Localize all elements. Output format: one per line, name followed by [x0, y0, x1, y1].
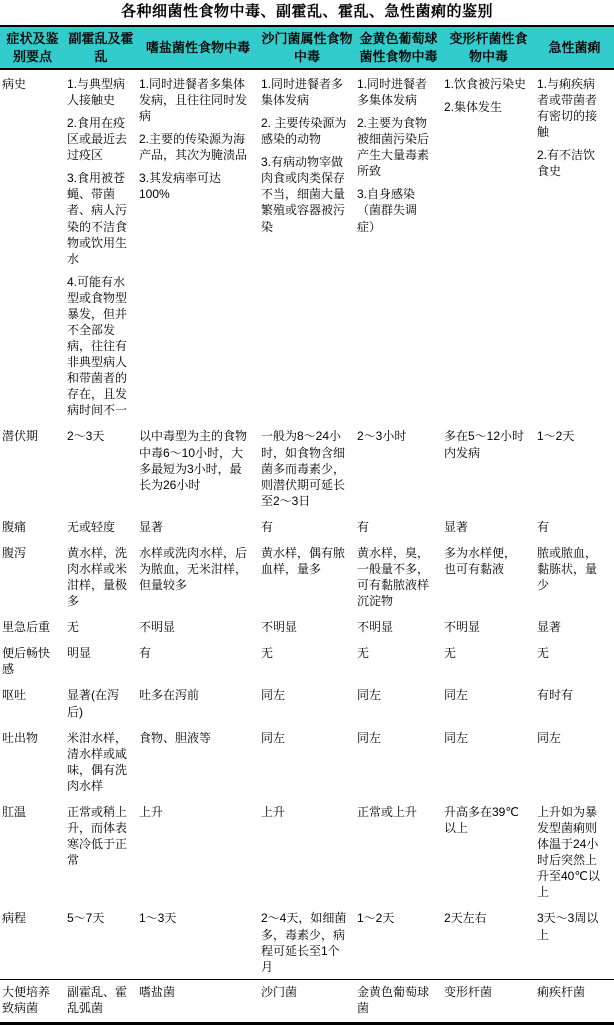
cell-paragraph: 2.主要为食物被细菌污染后产生大量毒素所致: [357, 115, 434, 179]
table-cell: 金黄色葡萄球菌: [355, 979, 442, 1023]
column-header: 金黄色葡萄球菌性食物中毒: [355, 26, 442, 69]
cell-paragraph: 2.主要的传染源为海产品，其次为腌渍品: [139, 131, 251, 163]
row-label: 大便培养致病菌: [0, 979, 65, 1023]
cell-paragraph: 同左: [357, 687, 434, 703]
table-row: 便后畅快感明显有无无无无: [0, 639, 614, 681]
table-cell: 食物、胆液等: [137, 724, 259, 798]
table-cell: 无或轻度: [65, 513, 137, 539]
cell-paragraph: 吐多在泻前: [139, 687, 251, 703]
table-cell: 上升: [259, 798, 355, 904]
table-cell: 有: [259, 513, 355, 539]
cell-paragraph: 1.同时进餐者多集体发病: [261, 76, 347, 108]
cell-paragraph: 不明显: [139, 619, 251, 635]
cell-paragraph: 不明显: [261, 619, 347, 635]
cell-paragraph: 以中毒型为主的食物中毒6～10小时，大多最短为3小时，最长为26小时: [139, 428, 251, 492]
table-cell: 以中毒型为主的食物中毒6～10小时，大多最短为3小时，最长为26小时: [137, 422, 259, 512]
table-cell: 1～2天: [355, 904, 442, 979]
cell-paragraph: 沙门菌: [261, 984, 347, 1000]
cell-paragraph: 上升: [261, 804, 347, 820]
cell-paragraph: 黄水样，偶有脓血样，量多: [261, 545, 347, 577]
table-cell: 不明显: [442, 613, 535, 639]
table-row: 里急后重无不明显不明显不明显不明显显著: [0, 613, 614, 639]
table-cell: 副霍乱、霍乱弧菌: [65, 979, 137, 1023]
table-header: 症状及鉴别要点副霍乱及霍乱嗜盐菌性食物中毒沙门菌属性食物中毒金黄色葡萄球菌性食物…: [0, 26, 614, 69]
cell-paragraph: 有时有: [537, 687, 606, 703]
table-cell: 2天左右: [442, 904, 535, 979]
table-cell: 有: [535, 513, 614, 539]
table-cell: 同左: [355, 724, 442, 798]
table-cell: 升高多在39℃以上: [442, 798, 535, 904]
table-cell: 脓或脓血，黏胨状，量少: [535, 539, 614, 613]
table-cell: 变形杆菌: [442, 979, 535, 1023]
cell-paragraph: 升高多在39℃以上: [444, 804, 527, 836]
table-cell: 同左: [259, 681, 355, 723]
table-row: 呕吐显著(在泻后)吐多在泻前同左同左同左有时有: [0, 681, 614, 723]
cell-paragraph: 2～4天，如细菌多，毒素少，病程可延长至1个月: [261, 910, 347, 974]
table-cell: 一般为8～24小时，如食物含细菌多而毒素少，则潜伏期可延长至2～3日: [259, 422, 355, 512]
cell-paragraph: 同左: [261, 687, 347, 703]
comparison-table: 症状及鉴别要点副霍乱及霍乱嗜盐菌性食物中毒沙门菌属性食物中毒金黄色葡萄球菌性食物…: [0, 25, 614, 1025]
cell-paragraph: 一般为8～24小时，如食物含细菌多而毒素少，则潜伏期可延长至2～3日: [261, 428, 347, 508]
table-cell: 无: [535, 639, 614, 681]
cell-paragraph: 2. 主要传染源为感染的动物: [261, 115, 347, 147]
table-cell: 多为水样便，也可有黏液: [442, 539, 535, 613]
table-row: 吐出物米泔水样，清水样或咸味，偶有洗肉水样食物、胆液等同左同左同左同左: [0, 724, 614, 798]
table-cell: 同左: [259, 724, 355, 798]
table-row: 大便培养致病菌副霍乱、霍乱弧菌嗜盐菌沙门菌金黄色葡萄球菌变形杆菌痢疾杆菌: [0, 979, 614, 1023]
table-cell: 正常或稍上升，而体表寒冷低于正常: [65, 798, 137, 904]
cell-paragraph: 痢疾杆菌: [537, 984, 606, 1000]
cell-paragraph: 有: [139, 645, 251, 661]
column-header: 症状及鉴别要点: [0, 26, 65, 69]
cell-paragraph: 无: [357, 645, 434, 661]
cell-paragraph: 米泔水样，清水样或咸味，偶有洗肉水样: [67, 730, 129, 794]
header-row: 症状及鉴别要点副霍乱及霍乱嗜盐菌性食物中毒沙门菌属性食物中毒金黄色葡萄球菌性食物…: [0, 26, 614, 69]
cell-paragraph: 水样或洗肉水样，后为脓血，无米泔样，但量较多: [139, 545, 251, 593]
cell-paragraph: 副霍乱、霍乱弧菌: [67, 984, 129, 1016]
table-cell: 有: [355, 513, 442, 539]
table-cell: 3天～3周以上: [535, 904, 614, 979]
table-cell: 痢疾杆菌: [535, 979, 614, 1023]
table-cell: 沙门菌: [259, 979, 355, 1023]
table-cell: 1～2天: [535, 422, 614, 512]
cell-paragraph: 2天左右: [444, 910, 527, 926]
cell-paragraph: 3.自身感染（菌群失调症）: [357, 186, 434, 234]
row-label: 腹泻: [0, 539, 65, 613]
row-label: 呕吐: [0, 681, 65, 723]
column-header: 变形杆菌性食物中毒: [442, 26, 535, 69]
table-cell: 1.与痢疾病者或带菌者有密切的接触2.有不洁饮食史: [535, 69, 614, 423]
cell-paragraph: 上升: [139, 804, 251, 820]
row-label: 潜伏期: [0, 422, 65, 512]
table-cell: 上升: [137, 798, 259, 904]
table-cell: 2～3小时: [355, 422, 442, 512]
table-cell: 黄水样，臭，一般量不多，可有黏脓液样沉淀物: [355, 539, 442, 613]
cell-paragraph: 无: [261, 645, 347, 661]
cell-paragraph: 3天～3周以上: [537, 910, 606, 942]
table-row: 病程5～7天1～3天2～4天，如细菌多，毒素少，病程可延长至1个月1～2天2天左…: [0, 904, 614, 979]
table-cell: 有时有: [535, 681, 614, 723]
table-row: 腹痛无或轻度显著有有显著有: [0, 513, 614, 539]
table-cell: 嗜盐菌: [137, 979, 259, 1023]
cell-paragraph: 4.可能有水型或食物型暴发，但并不全部发病，往往有非典型病人和带菌者的存在，且发…: [67, 274, 129, 419]
cell-paragraph: 1.与典型病人接触史: [67, 76, 129, 108]
cell-paragraph: 变形杆菌: [444, 984, 527, 1000]
cell-paragraph: 无或轻度: [67, 519, 129, 535]
table-cell: 上升如为暴发型菌痢则体温于24小时后突然上升至40℃以上: [535, 798, 614, 904]
table-cell: 黄水样，偶有脓血样，量多: [259, 539, 355, 613]
cell-paragraph: 1.同时进餐者多集体发病: [357, 76, 434, 108]
column-header: 副霍乱及霍乱: [65, 26, 137, 69]
cell-paragraph: 多在5～12小时内发病: [444, 428, 527, 460]
table-cell: 同左: [535, 724, 614, 798]
cell-paragraph: 3.其发病率可达100%: [139, 170, 251, 202]
table-cell: 显著(在泻后): [65, 681, 137, 723]
cell-paragraph: 正常或稍上升，而体表寒冷低于正常: [67, 804, 129, 868]
table-cell: 1.同时进餐者多集体发病2. 主要传染源为感染的动物3.有病动物宰做肉食或肉类保…: [259, 69, 355, 423]
table-cell: 同左: [442, 724, 535, 798]
table-cell: 无: [442, 639, 535, 681]
cell-paragraph: 1.饮食被污染史: [444, 76, 527, 92]
column-header: 嗜盐菌性食物中毒: [137, 26, 259, 69]
cell-paragraph: 同左: [444, 730, 527, 746]
table-cell: 不明显: [355, 613, 442, 639]
cell-paragraph: 1～2天: [357, 910, 434, 926]
table-cell: 显著: [137, 513, 259, 539]
cell-paragraph: 3.食用被苍蝇、带菌者、病人污染的不洁食物或饮用生水: [67, 170, 129, 266]
cell-paragraph: 同左: [357, 730, 434, 746]
table-cell: 1.与典型病人接触史2.食用在疫区或最近去过疫区3.食用被苍蝇、带菌者、病人污染…: [65, 69, 137, 423]
cell-paragraph: 黄水样，洗肉水样或米泔样，量极多: [67, 545, 129, 609]
cell-paragraph: 食物、胆液等: [139, 730, 251, 746]
table-cell: 2～4天，如细菌多，毒素少，病程可延长至1个月: [259, 904, 355, 979]
table-cell: 2～3天: [65, 422, 137, 512]
cell-paragraph: 不明显: [444, 619, 527, 635]
cell-paragraph: 明显: [67, 645, 129, 661]
cell-paragraph: 上升如为暴发型菌痢则体温于24小时后突然上升至40℃以上: [537, 804, 606, 900]
cell-paragraph: 金黄色葡萄球菌: [357, 984, 434, 1016]
cell-paragraph: 显著(在泻后): [67, 687, 129, 719]
row-label: 便后畅快感: [0, 639, 65, 681]
cell-paragraph: 显著: [444, 519, 527, 535]
table-row: 潜伏期2～3天以中毒型为主的食物中毒6～10小时，大多最短为3小时，最长为26小…: [0, 422, 614, 512]
cell-paragraph: 1.同时进餐者多集体发病，且往往同时发病: [139, 76, 251, 124]
table-row: 病史1.与典型病人接触史2.食用在疫区或最近去过疫区3.食用被苍蝇、带菌者、病人…: [0, 69, 614, 423]
table-cell: 1～3天: [137, 904, 259, 979]
table-cell: 正常或上升: [355, 798, 442, 904]
cell-paragraph: 1～2天: [537, 428, 606, 444]
table-cell: 1.同时进餐者多集体发病，且往往同时发病2.主要的传染源为海产品，其次为腌渍品3…: [137, 69, 259, 423]
cell-paragraph: 1～3天: [139, 910, 251, 926]
cell-paragraph: 不明显: [357, 619, 434, 635]
cell-paragraph: 1.与痢疾病者或带菌者有密切的接触: [537, 76, 606, 140]
table-cell: 有: [137, 639, 259, 681]
cell-paragraph: 2～3天: [67, 428, 129, 444]
cell-paragraph: 3.有病动物宰做肉食或肉类保存不当，细菌大量繁殖或容器被污染: [261, 154, 347, 234]
table-body: 病史1.与典型病人接触史2.食用在疫区或最近去过疫区3.食用被苍蝇、带菌者、病人…: [0, 69, 614, 1023]
cell-paragraph: 显著: [139, 519, 251, 535]
cell-paragraph: 有: [537, 519, 606, 535]
cell-paragraph: 有: [261, 519, 347, 535]
page: 各种细菌性食物中毒、副霍乱、霍乱、急性菌痢的鉴别 症状及鉴别要点副霍乱及霍乱嗜盐…: [0, 0, 614, 1025]
table-cell: 米泔水样，清水样或咸味，偶有洗肉水样: [65, 724, 137, 798]
page-title: 各种细菌性食物中毒、副霍乱、霍乱、急性菌痢的鉴别: [0, 0, 614, 25]
cell-paragraph: 2～3小时: [357, 428, 434, 444]
cell-paragraph: 有: [357, 519, 434, 535]
cell-paragraph: 无: [537, 645, 606, 661]
table-cell: 水样或洗肉水样，后为脓血，无米泔样，但量较多: [137, 539, 259, 613]
cell-paragraph: 2.集体发生: [444, 99, 527, 115]
table-cell: 显著: [535, 613, 614, 639]
table-cell: 吐多在泻前: [137, 681, 259, 723]
cell-paragraph: 同左: [261, 730, 347, 746]
row-label: 肛温: [0, 798, 65, 904]
cell-paragraph: 显著: [537, 619, 606, 635]
table-cell: 多在5～12小时内发病: [442, 422, 535, 512]
table-cell: 1.饮食被污染史2.集体发生: [442, 69, 535, 423]
row-label: 腹痛: [0, 513, 65, 539]
cell-paragraph: 脓或脓血，黏胨状，量少: [537, 545, 606, 593]
table-row: 肛温正常或稍上升，而体表寒冷低于正常上升上升正常或上升升高多在39℃以上上升如为…: [0, 798, 614, 904]
row-label: 病程: [0, 904, 65, 979]
table-cell: 不明显: [259, 613, 355, 639]
table-cell: 黄水样，洗肉水样或米泔样，量极多: [65, 539, 137, 613]
cell-paragraph: 同左: [537, 730, 606, 746]
cell-paragraph: 2.食用在疫区或最近去过疫区: [67, 115, 129, 163]
table-cell: 无: [65, 613, 137, 639]
column-header: 急性菌痢: [535, 26, 614, 69]
table-cell: 同左: [355, 681, 442, 723]
cell-paragraph: 黄水样，臭，一般量不多，可有黏脓液样沉淀物: [357, 545, 434, 609]
table-cell: 显著: [442, 513, 535, 539]
cell-paragraph: 嗜盐菌: [139, 984, 251, 1000]
cell-paragraph: 无: [444, 645, 527, 661]
cell-paragraph: 2.有不洁饮食史: [537, 147, 606, 179]
cell-paragraph: 5～7天: [67, 910, 129, 926]
table-row: 腹泻黄水样，洗肉水样或米泔样，量极多水样或洗肉水样，后为脓血，无米泔样，但量较多…: [0, 539, 614, 613]
column-header: 沙门菌属性食物中毒: [259, 26, 355, 69]
table-cell: 同左: [442, 681, 535, 723]
table-cell: 无: [259, 639, 355, 681]
cell-paragraph: 无: [67, 619, 129, 635]
table-cell: 5～7天: [65, 904, 137, 979]
cell-paragraph: 正常或上升: [357, 804, 434, 820]
cell-paragraph: 同左: [444, 687, 527, 703]
row-label: 吐出物: [0, 724, 65, 798]
row-label: 病史: [0, 69, 65, 423]
table-cell: 不明显: [137, 613, 259, 639]
table-cell: 无: [355, 639, 442, 681]
table-cell: 明显: [65, 639, 137, 681]
cell-paragraph: 多为水样便，也可有黏液: [444, 545, 527, 577]
row-label: 里急后重: [0, 613, 65, 639]
table-cell: 1.同时进餐者多集体发病2.主要为食物被细菌污染后产生大量毒素所致3.自身感染（…: [355, 69, 442, 423]
